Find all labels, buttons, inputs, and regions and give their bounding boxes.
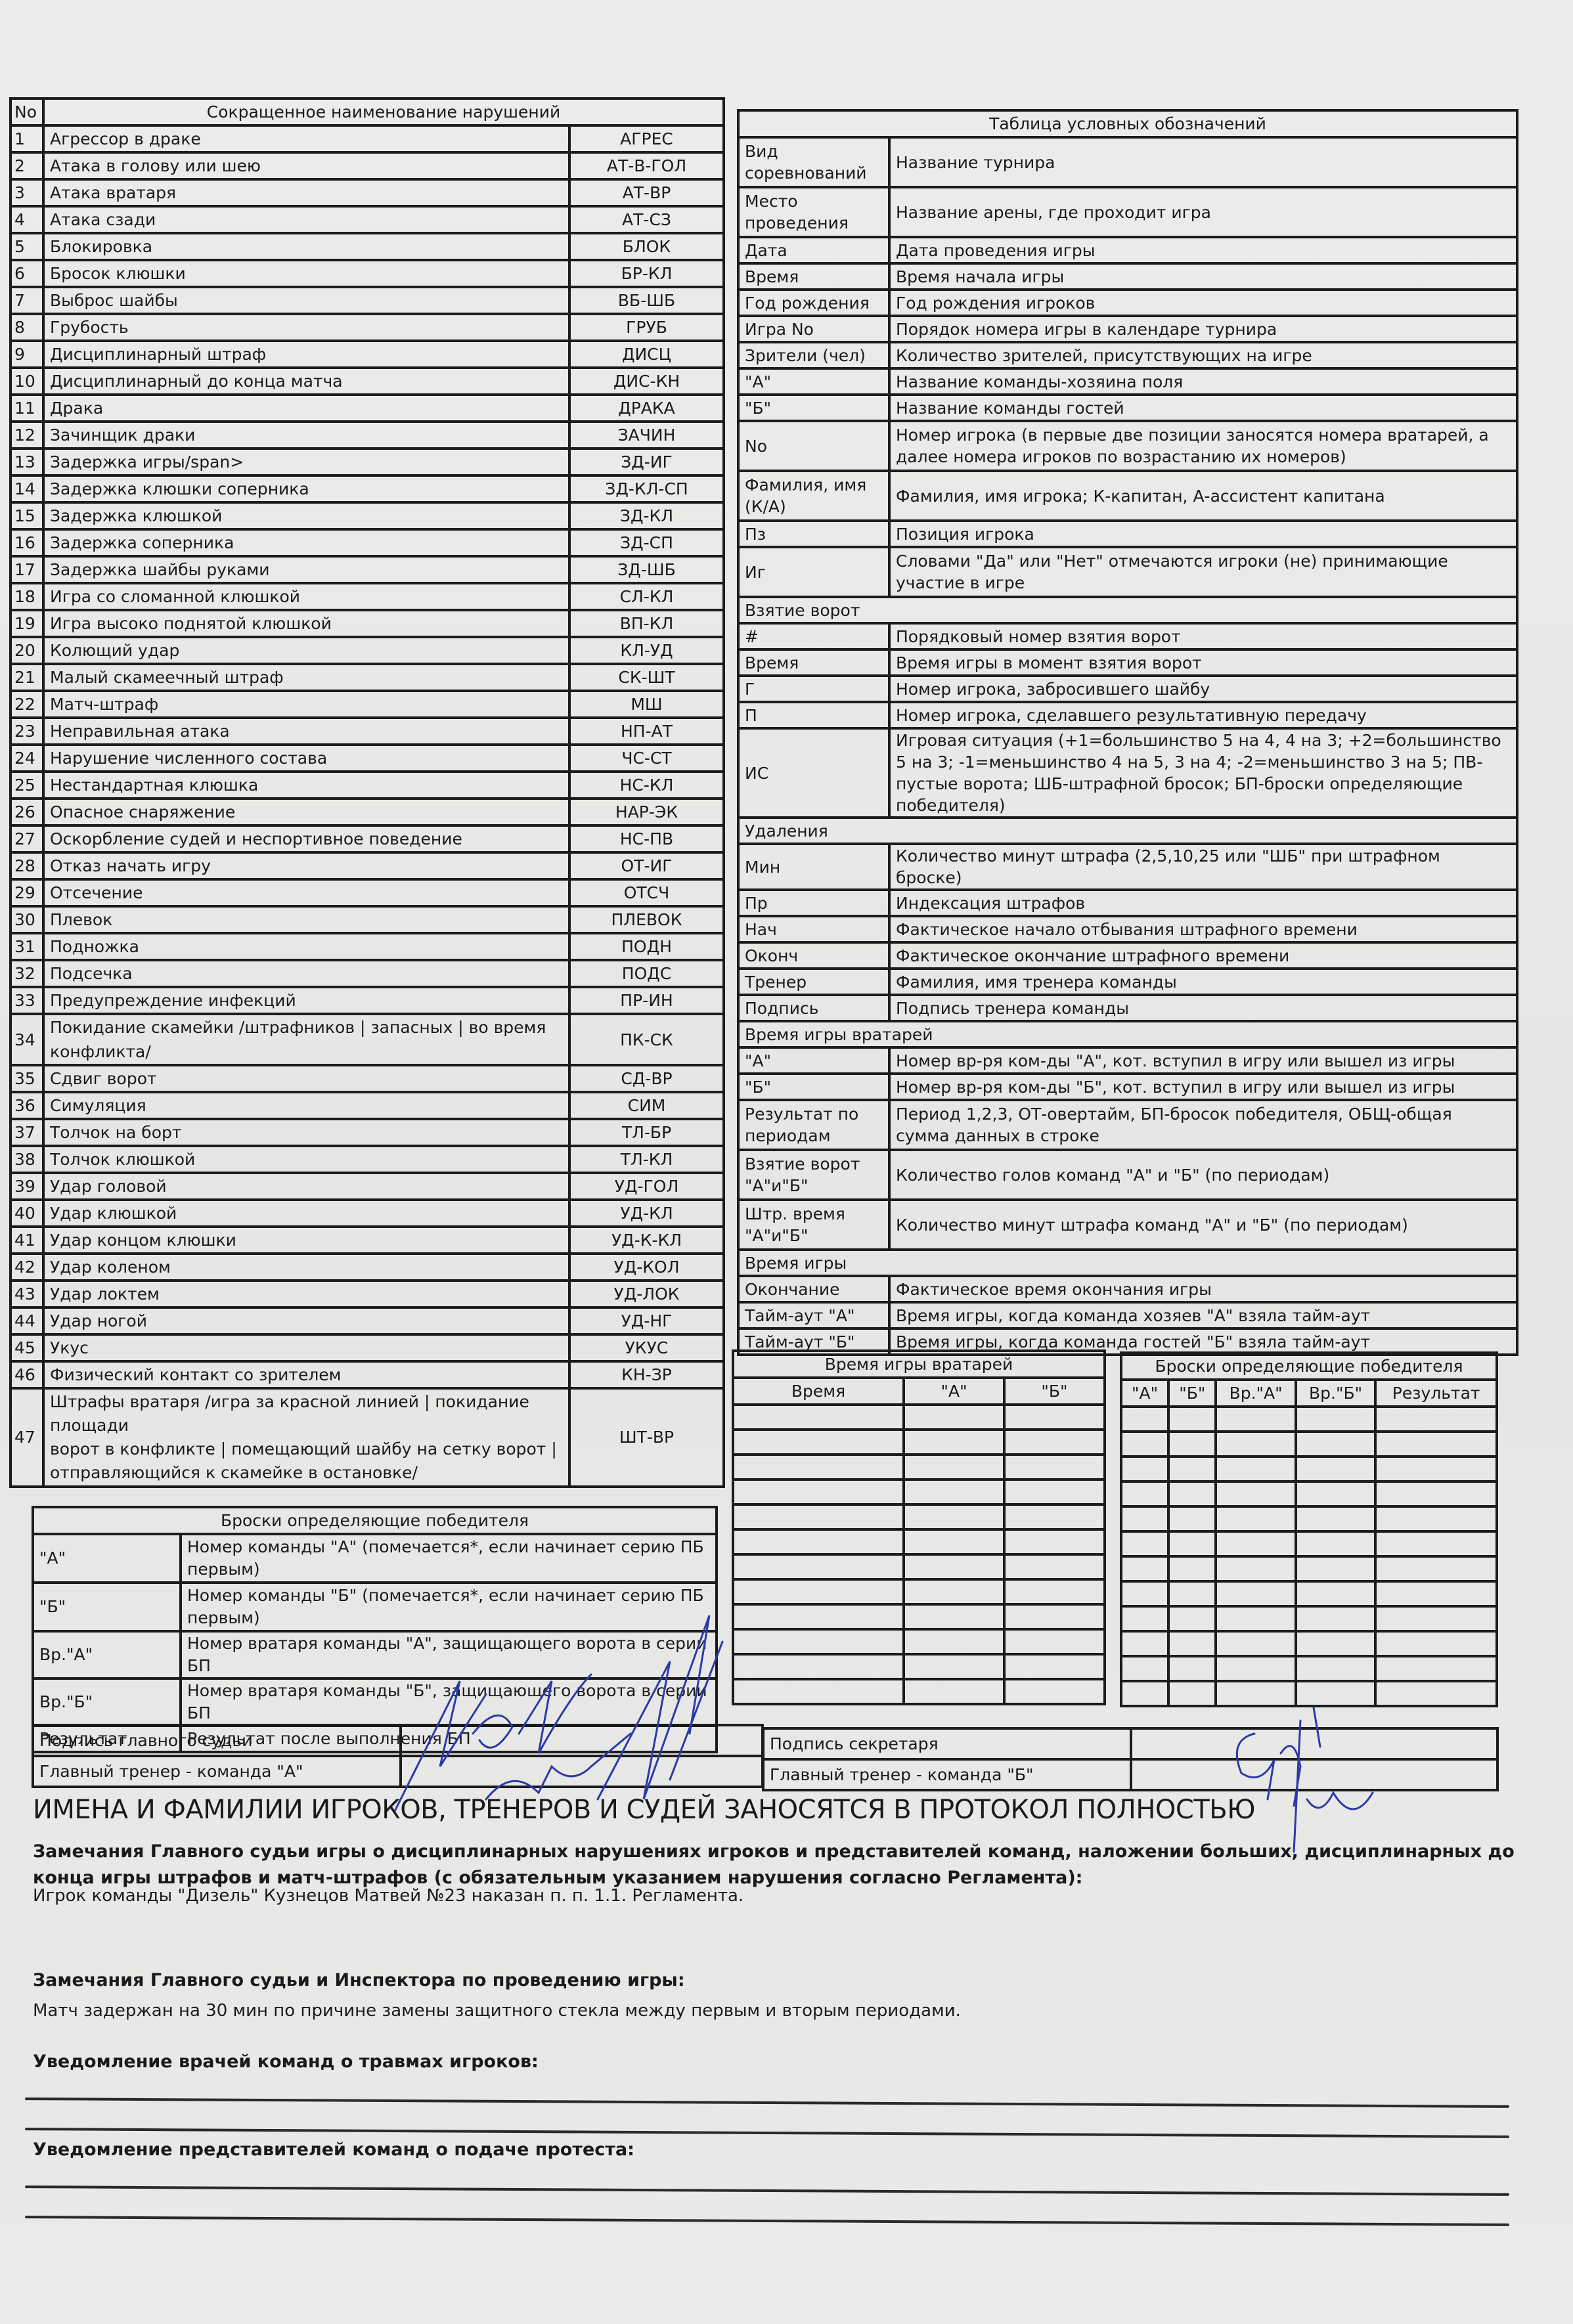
goalie-time-cell[interactable]	[733, 1480, 904, 1504]
shootouts-legend-key: Вр."А"	[33, 1631, 181, 1678]
legend-row: Штр. время "А"и"Б"Количество минут штраф…	[738, 1200, 1517, 1250]
goalie-time-cell[interactable]	[904, 1679, 1004, 1704]
legend-value: Номер игрока, сделавшего результативную …	[889, 702, 1517, 728]
violation-row: 12Зачинщик дракиЗАЧИН	[11, 422, 724, 449]
shootouts-cell[interactable]	[1168, 1556, 1216, 1581]
goalie-time-cell[interactable]	[1004, 1679, 1105, 1704]
shootouts-cell[interactable]	[1296, 1556, 1375, 1581]
shootouts-cell[interactable]	[1296, 1681, 1375, 1706]
legend-key: Г	[738, 676, 889, 702]
violation-row: 26Опасное снаряжениеНАР-ЭК	[11, 799, 724, 825]
legend-row: Результат по периодамПериод 1,2,3, ОТ-ов…	[738, 1100, 1517, 1150]
legend-key: Фамилия, имя (К/А)	[738, 471, 889, 521]
legend-row: ГНомер игрока, забросившего шайбу	[738, 676, 1517, 702]
legend-value: Период 1,2,3, ОТ-овертайм, БП-бросок поб…	[889, 1100, 1517, 1150]
violation-name: Нестандартная клюшка	[43, 772, 569, 799]
shootouts-legend-key: "Б"	[33, 1583, 181, 1631]
violation-name: Штрафы вратаря /игра за красной линией |…	[43, 1388, 569, 1487]
shootouts-cell[interactable]	[1168, 1506, 1216, 1531]
shootouts-cell[interactable]	[1168, 1407, 1216, 1432]
shootouts-cell[interactable]	[1121, 1631, 1168, 1656]
goalie-time-cell[interactable]	[1004, 1629, 1105, 1654]
violation-abbr: ПОДН	[569, 933, 724, 960]
shootouts-legend-value: Номер вратаря команды "Б", защищающего в…	[181, 1678, 717, 1726]
violation-abbr: АТ-В-ГОЛ	[569, 152, 724, 179]
legend-value: Фактическое начало отбывания штрафного в…	[889, 916, 1517, 942]
goalie-time-cell[interactable]	[1004, 1529, 1105, 1554]
violation-name: Покидание скамейки /штрафников | запасны…	[43, 1014, 569, 1065]
shootouts-cell[interactable]	[1168, 1606, 1216, 1631]
violation-number: 17	[11, 556, 43, 583]
legend-section-title: Удаления	[738, 818, 1517, 844]
shootouts-column-header: Результат	[1375, 1380, 1497, 1407]
violation-row: 36СимуляцияСИМ	[11, 1092, 724, 1119]
goalie-time-cell[interactable]	[733, 1554, 904, 1579]
legend-value: Количество зрителей, присутствующих на и…	[889, 342, 1517, 368]
violation-row: 30ПлевокПЛЕВОК	[11, 906, 724, 933]
shootouts-cell[interactable]	[1216, 1656, 1295, 1681]
legend-key: "Б"	[738, 395, 889, 421]
head-referee-signature-field[interactable]	[401, 1725, 763, 1756]
violation-row: 17Задержка шайбы рукамиЗД-ШБ	[11, 556, 724, 583]
injury-notice-line-2[interactable]	[25, 2128, 1509, 2138]
game-remarks-text: Матч задержан на 30 мин по причине замен…	[33, 2001, 961, 2021]
shootouts-legend-row: "А"Номер команды "А" (помечается*, если …	[33, 1534, 717, 1583]
legend-value: Порядок номера игры в календаре турнира	[889, 316, 1517, 342]
legend-row: "Б"Название команды гостей	[738, 395, 1517, 421]
goalie-time-cell[interactable]	[733, 1504, 904, 1529]
shootouts-cell[interactable]	[1216, 1407, 1295, 1432]
violation-abbr: МШ	[569, 691, 724, 718]
goalie-time-row	[733, 1455, 1105, 1480]
violation-row: 10Дисциплинарный до конца матчаДИС-КН	[11, 368, 724, 395]
game-remarks-title: Замечания Главного судьи и Инспектора по…	[33, 1970, 685, 1990]
shootouts-grid-title: Броски определяющие победителя	[1121, 1353, 1497, 1380]
violation-row: 22Матч-штрафМШ	[11, 691, 724, 718]
legend-key: Подпись	[738, 995, 889, 1021]
legend-value: Дата проведения игры	[889, 237, 1517, 263]
legend-value: Фактическое окончание штрафного времени	[889, 942, 1517, 969]
violation-name: Задержка клюшкой	[43, 502, 569, 529]
goalie-time-cell[interactable]	[1004, 1430, 1105, 1455]
goalie-time-cell[interactable]	[904, 1455, 1004, 1480]
goalie-time-row	[733, 1504, 1105, 1529]
violation-abbr: АТ-ВР	[569, 179, 724, 206]
protest-notice-line-1[interactable]	[25, 2185, 1509, 2196]
legend-row: Фамилия, имя (К/А)Фамилия, имя игрока; К…	[738, 471, 1517, 521]
legend-key: Штр. время "А"и"Б"	[738, 1200, 889, 1250]
shootouts-cell[interactable]	[1296, 1432, 1375, 1457]
legend-value: Номер вр-ря ком-ды "Б", кот. вступил в и…	[889, 1074, 1517, 1100]
legend-row: ИСИгровая ситуация (+1=большинство 5 на …	[738, 728, 1517, 818]
violation-abbr: УД-НГ	[569, 1307, 724, 1334]
legend-row: Год рожденияГод рождения игроков	[738, 290, 1517, 316]
shootouts-cell[interactable]	[1121, 1531, 1168, 1556]
legend-value: Фамилия, имя игрока; К-капитан, А-ассист…	[889, 471, 1517, 521]
legend-key: Игра No	[738, 316, 889, 342]
violation-name: Удар коленом	[43, 1254, 569, 1281]
violation-number: 11	[11, 395, 43, 422]
shootouts-cell[interactable]	[1168, 1432, 1216, 1457]
violation-name: Нарушение численного состава	[43, 745, 569, 772]
shootouts-cell[interactable]	[1375, 1481, 1497, 1506]
goalie-time-cell[interactable]	[733, 1679, 904, 1704]
protocol-page: No Сокращенное наименование нарушений 1А…	[0, 0, 1573, 2324]
violation-abbr: ТЛ-КЛ	[569, 1146, 724, 1173]
shootouts-cell[interactable]	[1216, 1606, 1295, 1631]
goalie-time-column-header: "Б"	[1004, 1378, 1105, 1405]
shootouts-cell[interactable]	[1375, 1531, 1497, 1556]
shootouts-cell[interactable]	[1216, 1457, 1295, 1481]
legend-key: #	[738, 623, 889, 649]
violation-number: 10	[11, 368, 43, 395]
violation-abbr: КН-ЗР	[569, 1361, 724, 1388]
violation-name: Предупреждение инфекций	[43, 987, 569, 1014]
shootouts-column-header: "Б"	[1168, 1380, 1216, 1407]
violation-abbr: ВП-КЛ	[569, 610, 724, 637]
shootouts-cell[interactable]	[1216, 1581, 1295, 1606]
shootouts-cell[interactable]	[1216, 1481, 1295, 1506]
violation-name: Атака вратаря	[43, 179, 569, 206]
goalie-time-cell[interactable]	[904, 1604, 1004, 1629]
shootouts-cell[interactable]	[1296, 1407, 1375, 1432]
legend-section-title: Время игры	[738, 1250, 1517, 1276]
shootouts-cell[interactable]	[1216, 1531, 1295, 1556]
violation-number: 4	[11, 206, 43, 233]
legend-row: ДатаДата проведения игры	[738, 237, 1517, 263]
shootouts-cell[interactable]	[1216, 1506, 1295, 1531]
legend-key: Взятие ворот "А"и"Б"	[738, 1150, 889, 1200]
violation-number: 15	[11, 502, 43, 529]
violation-number: 21	[11, 664, 43, 691]
violation-number: 25	[11, 772, 43, 799]
legend-row: "А"Название команды-хозяина поля	[738, 368, 1517, 395]
violation-abbr: ПЛЕВОК	[569, 906, 724, 933]
violation-row: 45УкусУКУС	[11, 1334, 724, 1361]
shootouts-cell[interactable]	[1296, 1656, 1375, 1681]
goalie-time-cell[interactable]	[904, 1480, 1004, 1504]
goalie-time-cell[interactable]	[904, 1430, 1004, 1455]
shootouts-cell[interactable]	[1121, 1606, 1168, 1631]
protest-notice-title: Уведомление представителей команд о пода…	[33, 2139, 634, 2160]
shootouts-cell[interactable]	[1375, 1631, 1497, 1656]
violation-number: 31	[11, 933, 43, 960]
violation-number: 34	[11, 1014, 43, 1065]
violation-row: 38Толчок клюшкойТЛ-КЛ	[11, 1146, 724, 1173]
violation-abbr: ЗД-КЛ-СП	[569, 475, 724, 502]
violation-row: 15Задержка клюшкойЗД-КЛ	[11, 502, 724, 529]
shootouts-cell[interactable]	[1168, 1457, 1216, 1481]
violation-name: Зачинщик драки	[43, 422, 569, 449]
legend-key: Тайм-аут "А"	[738, 1302, 889, 1328]
goalie-time-cell[interactable]	[733, 1529, 904, 1554]
shootouts-cell[interactable]	[1296, 1531, 1375, 1556]
protest-notice-line-2[interactable]	[25, 2216, 1509, 2226]
goalie-time-cell[interactable]	[904, 1504, 1004, 1529]
goalie-time-cell[interactable]	[1004, 1654, 1105, 1679]
shootouts-cell[interactable]	[1296, 1506, 1375, 1531]
shootouts-cell[interactable]	[1168, 1681, 1216, 1706]
legend-key: Время	[738, 263, 889, 290]
legend-value: Название турнира	[889, 137, 1517, 187]
shootouts-row	[1121, 1506, 1497, 1531]
violation-abbr: УД-КЛ	[569, 1200, 724, 1227]
violation-row: 14Задержка клюшки соперникаЗД-КЛ-СП	[11, 475, 724, 502]
shootouts-cell[interactable]	[1121, 1556, 1168, 1581]
violation-row: 19Игра высоко поднятой клюшкойВП-КЛ	[11, 610, 724, 637]
violation-name: Опасное снаряжение	[43, 799, 569, 825]
shootouts-cell[interactable]	[1296, 1606, 1375, 1631]
legend-key: Мин	[738, 844, 889, 890]
legend-row: НачФактическое начало отбывания штрафног…	[738, 916, 1517, 942]
violation-number: 28	[11, 852, 43, 879]
goalie-time-row	[733, 1654, 1105, 1679]
violation-abbr: ЧС-СТ	[569, 745, 724, 772]
legend-row: ВремяВремя игры в момент взятия ворот	[738, 649, 1517, 676]
goalie-time-cell[interactable]	[904, 1554, 1004, 1579]
violation-abbr: ОТСЧ	[569, 879, 724, 906]
violation-name: Удар ногой	[43, 1307, 569, 1334]
goalie-time-cell[interactable]	[904, 1529, 1004, 1554]
violation-name: Выброс шайбы	[43, 287, 569, 314]
violations-header-row: No Сокращенное наименование нарушений	[11, 99, 724, 125]
legend-key: Пз	[738, 521, 889, 547]
legend-value: Словами "Да" или "Нет" отмечаются игроки…	[889, 547, 1517, 597]
goalie-time-cell[interactable]	[1004, 1405, 1105, 1430]
goalie-time-cell[interactable]	[733, 1654, 904, 1679]
violation-name: Блокировка	[43, 233, 569, 260]
goalie-time-cell[interactable]	[733, 1430, 904, 1455]
violation-abbr: ДИС-КН	[569, 368, 724, 395]
shootouts-cell[interactable]	[1296, 1481, 1375, 1506]
violation-abbr: ГРУБ	[569, 314, 724, 341]
violation-row: 40Удар клюшкойУД-КЛ	[11, 1200, 724, 1227]
legend-key: ИС	[738, 728, 889, 818]
goalie-time-cell[interactable]	[733, 1629, 904, 1654]
violation-row: 31ПодножкаПОДН	[11, 933, 724, 960]
violation-row: 6Бросок клюшкиБР-КЛ	[11, 260, 724, 287]
violation-name: Оскорбление судей и неспортивное поведен…	[43, 825, 569, 852]
goalie-time-column-header: "А"	[904, 1378, 1004, 1405]
violation-row: 25Нестандартная клюшкаНС-КЛ	[11, 772, 724, 799]
violation-abbr: КЛ-УД	[569, 637, 724, 664]
shootouts-cell[interactable]	[1375, 1432, 1497, 1457]
violation-number: 30	[11, 906, 43, 933]
legend-row: Тайм-аут "А"Время игры, когда команда хо…	[738, 1302, 1517, 1328]
violation-name: Задержка клюшки соперника	[43, 475, 569, 502]
shootouts-cell[interactable]	[1296, 1631, 1375, 1656]
violation-abbr: ПОДС	[569, 960, 724, 987]
violation-number: 18	[11, 583, 43, 610]
goalie-time-title: Время игры вратарей	[733, 1351, 1105, 1378]
violation-abbr: АТ-СЗ	[569, 206, 724, 233]
shootouts-cell[interactable]	[1375, 1556, 1497, 1581]
legend-row: "А"Номер вр-ря ком-ды "А", кот. вступил …	[738, 1047, 1517, 1074]
legend-value: Игровая ситуация (+1=большинство 5 на 4,…	[889, 728, 1517, 818]
goalie-time-table: Время игры вратарей Время"А""Б"	[732, 1349, 1106, 1705]
shootouts-cell[interactable]	[1216, 1631, 1295, 1656]
legend-value: Порядковый номер взятия ворот	[889, 623, 1517, 649]
violation-abbr: ОТ-ИГ	[569, 852, 724, 879]
goalie-time-cell[interactable]	[1004, 1480, 1105, 1504]
goalie-time-cell[interactable]	[904, 1405, 1004, 1430]
legend-key: Место проведения	[738, 187, 889, 237]
violation-abbr: НП-АТ	[569, 718, 724, 745]
shootouts-cell[interactable]	[1168, 1656, 1216, 1681]
goalie-time-cell[interactable]	[733, 1604, 904, 1629]
violation-name: Дисциплинарный до конца матча	[43, 368, 569, 395]
violation-number: 1	[11, 125, 43, 152]
injury-notice-line-1[interactable]	[25, 2097, 1509, 2108]
coach-b-signature-field[interactable]	[1131, 1759, 1497, 1790]
violation-row: 1Агрессор в дракеАГРЕС	[11, 125, 724, 152]
shootouts-cell[interactable]	[1121, 1681, 1168, 1706]
legend-row: Зрители (чел)Количество зрителей, присут…	[738, 342, 1517, 368]
goalie-time-cell[interactable]	[904, 1629, 1004, 1654]
violation-number: 3	[11, 179, 43, 206]
violation-row: 44Удар ногойУД-НГ	[11, 1307, 724, 1334]
violations-header-title: Сокращенное наименование нарушений	[43, 99, 724, 125]
violation-row: 9Дисциплинарный штрафДИСЦ	[11, 341, 724, 368]
shootouts-cell[interactable]	[1121, 1432, 1168, 1457]
legend-section-row: Время игры	[738, 1250, 1517, 1276]
legend-table: Таблица условных обозначений Вид соревно…	[737, 109, 1518, 1356]
shootouts-cell[interactable]	[1121, 1457, 1168, 1481]
coach-a-signature-field[interactable]	[401, 1756, 763, 1787]
legend-key: П	[738, 702, 889, 728]
legend-value: Номер игрока (в первые две позиции занос…	[889, 421, 1517, 471]
goalie-time-cell[interactable]	[733, 1455, 904, 1480]
violation-name: Сдвиг ворот	[43, 1065, 569, 1092]
goalie-time-cell[interactable]	[904, 1579, 1004, 1604]
shootouts-cell[interactable]	[1375, 1581, 1497, 1606]
shootouts-cell[interactable]	[1168, 1481, 1216, 1506]
shootouts-row	[1121, 1581, 1497, 1606]
legend-key: Тренер	[738, 969, 889, 995]
goalie-time-cell[interactable]	[1004, 1455, 1105, 1480]
violation-number: 43	[11, 1281, 43, 1307]
shootouts-cell[interactable]	[1375, 1606, 1497, 1631]
legend-key: Результат по периодам	[738, 1100, 889, 1150]
violation-number: 9	[11, 341, 43, 368]
shootouts-cell[interactable]	[1168, 1531, 1216, 1556]
violation-abbr: УД-ГОЛ	[569, 1173, 724, 1200]
violation-name: Матч-штраф	[43, 691, 569, 718]
legend-row: ОкончаниеФактическое время окончания игр…	[738, 1276, 1517, 1302]
goalie-time-cell[interactable]	[1004, 1554, 1105, 1579]
violation-number: 5	[11, 233, 43, 260]
violation-name: Драка	[43, 395, 569, 422]
violation-row: 13Задержка игры/span>ЗД-ИГ	[11, 449, 724, 475]
shootouts-cell[interactable]	[1216, 1432, 1295, 1457]
violation-number: 46	[11, 1361, 43, 1388]
violation-row: 5БлокировкаБЛОК	[11, 233, 724, 260]
legend-key: Нач	[738, 916, 889, 942]
violation-abbr: ПК-СК	[569, 1014, 724, 1065]
shootouts-cell[interactable]	[1375, 1681, 1497, 1706]
shootouts-cell[interactable]	[1168, 1631, 1216, 1656]
violation-abbr: УКУС	[569, 1334, 724, 1361]
disciplinary-remarks-title: Замечания Главного судьи игры о дисципли…	[33, 1839, 1517, 1891]
violation-number: 47	[11, 1388, 43, 1487]
violation-number: 38	[11, 1146, 43, 1173]
violation-number: 45	[11, 1334, 43, 1361]
violation-abbr: ЗД-СП	[569, 529, 724, 556]
shootouts-row	[1121, 1407, 1497, 1432]
violation-row: 7Выброс шайбыВБ-ШБ	[11, 287, 724, 314]
legend-value: Название арены, где проходит игра	[889, 187, 1517, 237]
shootouts-cell[interactable]	[1121, 1407, 1168, 1432]
violation-number: 35	[11, 1065, 43, 1092]
shootouts-cell[interactable]	[1121, 1656, 1168, 1681]
shootouts-column-header: Вр."А"	[1216, 1380, 1295, 1407]
legend-row: Вид соревнованийНазвание турнира	[738, 137, 1517, 187]
shootouts-cell[interactable]	[1121, 1506, 1168, 1531]
coach-a-label: Главный тренер - команда "А"	[33, 1756, 401, 1787]
violation-row: 34Покидание скамейки /штрафников | запас…	[11, 1014, 724, 1065]
violation-row: 23Неправильная атакаНП-АТ	[11, 718, 724, 745]
secretary-signature-field[interactable]	[1131, 1728, 1497, 1759]
shootouts-cell[interactable]	[1121, 1581, 1168, 1606]
goalie-time-cell[interactable]	[1004, 1504, 1105, 1529]
legend-section-row: Удаления	[738, 818, 1517, 844]
legend-key: Иг	[738, 547, 889, 597]
shootouts-cell[interactable]	[1216, 1681, 1295, 1706]
goalie-time-cell[interactable]	[1004, 1604, 1105, 1629]
shootouts-row	[1121, 1531, 1497, 1556]
goalie-time-cell[interactable]	[733, 1579, 904, 1604]
goalie-time-row	[733, 1629, 1105, 1654]
shootouts-cell[interactable]	[1375, 1656, 1497, 1681]
shootouts-cell[interactable]	[1375, 1457, 1497, 1481]
shootouts-cell[interactable]	[1216, 1556, 1295, 1581]
violation-abbr: СИМ	[569, 1092, 724, 1119]
shootouts-cell[interactable]	[1375, 1506, 1497, 1531]
violation-row: 4Атака сзадиАТ-СЗ	[11, 206, 724, 233]
violation-name: Симуляция	[43, 1092, 569, 1119]
shootouts-cell[interactable]	[1296, 1581, 1375, 1606]
violation-name: Задержка соперника	[43, 529, 569, 556]
shootouts-cell[interactable]	[1296, 1457, 1375, 1481]
legend-value: Фамилия, имя тренера команды	[889, 969, 1517, 995]
legend-row: ПрИндексация штрафов	[738, 890, 1517, 916]
goalie-time-cell[interactable]	[733, 1405, 904, 1430]
violation-name: Физический контакт со зрителем	[43, 1361, 569, 1388]
violation-number: 36	[11, 1092, 43, 1119]
shootouts-cell[interactable]	[1375, 1407, 1497, 1432]
violation-row: 41Удар концом клюшкиУД-К-КЛ	[11, 1227, 724, 1254]
violation-abbr: СК-ШТ	[569, 664, 724, 691]
legend-key: Дата	[738, 237, 889, 263]
violation-name: Толчок клюшкой	[43, 1146, 569, 1173]
violation-name: Атака сзади	[43, 206, 569, 233]
legend-value: Название команды гостей	[889, 395, 1517, 421]
shootouts-legend-row: "Б"Номер команды "Б" (помечается*, если …	[33, 1583, 717, 1631]
violation-name: Дисциплинарный штраф	[43, 341, 569, 368]
violation-number: 32	[11, 960, 43, 987]
violation-row: 8ГрубостьГРУБ	[11, 314, 724, 341]
goalie-time-cell[interactable]	[904, 1654, 1004, 1679]
violation-name: Толчок на борт	[43, 1119, 569, 1146]
shootouts-legend-value: Номер команды "А" (помечается*, если нач…	[181, 1534, 717, 1583]
violation-row: 16Задержка соперникаЗД-СП	[11, 529, 724, 556]
shootouts-cell[interactable]	[1121, 1481, 1168, 1506]
violation-abbr: ЗД-ШБ	[569, 556, 724, 583]
legend-value: Номер вр-ря ком-ды "А", кот. вступил в и…	[889, 1047, 1517, 1074]
goalie-time-cell[interactable]	[1004, 1579, 1105, 1604]
injury-notice-title: Уведомление врачей команд о травмах игро…	[33, 2051, 539, 2072]
shootouts-cell[interactable]	[1168, 1581, 1216, 1606]
